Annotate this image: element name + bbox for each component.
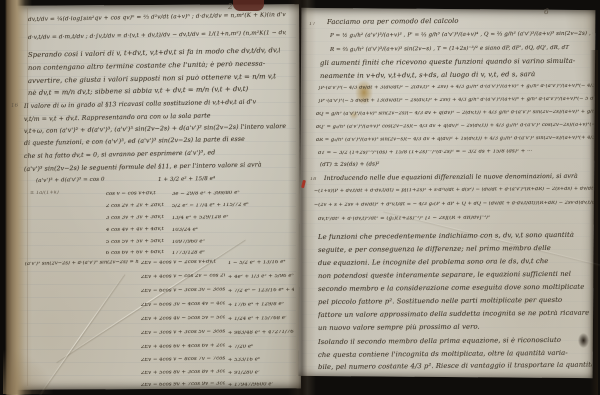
series-row-expr: 3 cos 3v + 3v + 3dv,t: [106, 215, 170, 222]
manuscript-photo: 2 dv,t/dv = ¼(d·log∫sin²qv + cos qv)ⁿ = …: [0, 0, 600, 395]
equation-row-value: + 1/24 e⁵ + 15/768 e⁷: [228, 316, 294, 323]
equation-row-value: + 17947/9600 e⁷: [228, 382, 294, 389]
equation-row-value: + 7/20 e⁶: [228, 344, 294, 351]
equation-row-value: 1 − 5/2 e² + 13/16 e⁴: [228, 260, 294, 267]
series-row-expr: 5 cos 5v + 5v + 5dv,t: [106, 239, 170, 246]
page-number: 2: [228, 3, 233, 12]
item-number: 17: [309, 22, 316, 28]
page-number: 6: [544, 8, 549, 17]
margin-note: ± 1a/(1+k): [30, 190, 59, 196]
item-number: 18: [310, 177, 317, 183]
item-number: 16: [11, 103, 18, 109]
formula-line: (dT) ± 2s(ds) + (ds)²: [320, 161, 445, 168]
equation-row-value: + 17/6 e⁴ + 129/8 e⁵: [228, 302, 294, 309]
series-row-expr: cos v − cos v+dv,t: [106, 191, 170, 198]
series-row-expr: 6 cos 6v + 6v + 6dv,t: [106, 250, 170, 257]
series-row-expr: 2 cos 2v + 2v + 2dv,t: [106, 203, 170, 210]
equation-row-value: + 4e² + 1/3 e³ + 5/96 e⁵: [228, 274, 294, 281]
equation-row-value: + 91/280 e⁷: [228, 370, 294, 377]
worn-corner: [3, 350, 53, 394]
equation-row-value: + 533/16 e⁶: [228, 357, 294, 364]
series-row-expr: 4 cos 4v + 4v + 4dv,t: [106, 227, 170, 234]
equation-row-value: + 983/48 e⁵ + 47271/768 e⁷: [228, 330, 294, 337]
gutter-shadow: [288, 0, 316, 395]
binding-top-edge: [233, 0, 264, 11]
equation-row-value: + 7/2 e³ − 123/16 e⁴ + 489/960 e⁵: [228, 288, 294, 295]
